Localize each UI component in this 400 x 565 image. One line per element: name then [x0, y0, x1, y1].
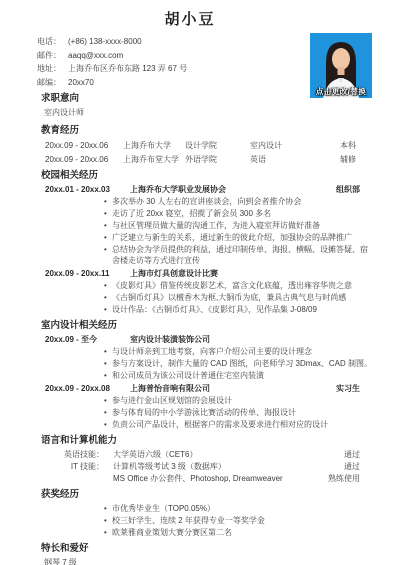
bullet-item: 与社区管理员做大量的沟通工作，为进入寝室拜访做好准备 — [104, 221, 372, 232]
bullet-item: 和公司成员为该公司设计普通住宅室内装潢 — [104, 371, 372, 382]
bullet-item: 总结协会为学员提供的利益，通过印制传单、海报、横幅、设摊答疑、宿舍楼走访等方式进… — [104, 245, 372, 266]
bullet-item: 设计作品：《古铜币灯具》、《皮影灯具》，见作品集 J-08/09 — [104, 305, 372, 316]
education-college: 设计学院 — [185, 139, 250, 153]
bullet-icon — [104, 528, 112, 539]
skill-label: 英语技能： — [40, 449, 104, 461]
entry-organization: 室内设计装潢装饰公司 — [130, 334, 210, 346]
bullet-item: 《皮影灯具》借鉴传统皮影艺术，富含文化底蕴，透出雍容华贵之意 — [104, 281, 372, 292]
education-degree: 辅修 — [340, 153, 360, 167]
section-title-campus: 校园相关经历 — [41, 170, 400, 182]
education-row: 20xx.09 - 20xx.06 上海乔布大学 设计学院 室内设计 本科 — [45, 139, 360, 153]
address-label: 地址： — [37, 62, 63, 76]
skill-label: IT 技能： — [40, 461, 104, 473]
bullet-icon — [104, 420, 112, 431]
skill-status: 熟练使用 — [328, 473, 360, 485]
bullet-icon — [104, 396, 112, 407]
skill-row: 英语技能： 大学英语六级（CET6） 通过 — [40, 449, 360, 461]
interior-entry-header: 20xx.09 - 至今 室内设计装潢装饰公司 — [45, 334, 360, 346]
education-school: 上海乔布大学 — [123, 139, 185, 153]
section-title-education: 教育经历 — [41, 125, 400, 137]
candidate-name: 胡小豆 — [0, 0, 380, 28]
skill-row: MS Office 办公套件、Photoshop, Dreamweaver 熟练… — [40, 473, 360, 485]
campus-entry-header: 20xx.09 - 20xx.11 上海市灯具创意设计比赛 — [45, 268, 360, 280]
entry-role: 实习生 — [336, 383, 360, 395]
address-value: 上海乔布区乔布东路 123 弄 67 号 — [68, 62, 187, 76]
section-title-skills: 语言和计算机能力 — [41, 435, 400, 447]
education-major: 室内设计 — [250, 139, 340, 153]
bullet-icon — [104, 281, 112, 292]
bullet-item: 参与方案设计，制作大量的 CAD 图纸，向老师学习 3Dmax、CAD 制图。 — [104, 359, 372, 370]
bullet-icon — [104, 347, 112, 358]
bullet-icon — [104, 197, 112, 208]
entry-organization: 上海乔布大学职业发展协会 — [130, 184, 226, 196]
zipcode-value: 20xx70 — [68, 76, 94, 90]
education-table: 20xx.09 - 20xx.06 上海乔布大学 设计学院 室内设计 本科 20… — [45, 139, 360, 166]
bullet-item: 广泛建立与新生的关系，通过新生的彼此介绍，加强协会的品牌推广 — [104, 233, 372, 244]
bullet-item: 负责公司产品设计，根据客户的需求及要求进行相对应的设计 — [104, 420, 372, 431]
skill-label — [40, 473, 104, 485]
entry-organization: 上海市灯具创意设计比赛 — [130, 268, 218, 280]
skill-row: IT 技能： 计算机等级考试 3 级（数据库） 通过 — [40, 461, 360, 473]
skill-value: 计算机等级考试 3 级（数据库） — [113, 461, 226, 473]
bullet-icon — [104, 408, 112, 419]
objective-value: 室内设计师 — [44, 107, 400, 118]
email-value: aaqq@xxx.com — [68, 49, 123, 63]
campus-entry-header: 20xx.01 - 20xx.03 上海乔布大学职业发展协会 组织部 — [45, 184, 360, 196]
bullet-icon — [104, 209, 112, 220]
interior-entry-bullets: 参与进行金山区规划馆的会展设计 参与体育局的中小学游泳比赛活动的传单、海报设计 … — [104, 396, 372, 431]
bullet-item: 走访了近 20xx 寝室，招揽了新会员 300 多名 — [104, 209, 372, 220]
education-school: 上海乔布堂大学 — [123, 153, 185, 167]
education-date: 20xx.09 - 20xx.06 — [45, 139, 123, 153]
bullet-icon — [104, 516, 112, 527]
profile-photo[interactable]: 点击更改/替换 — [310, 33, 372, 98]
entry-role: 组织部 — [336, 184, 360, 196]
section-title-interior: 室内设计相关经历 — [41, 320, 400, 332]
bullet-item: 多次举办 30 人左右的宣讲座谈会，向到会者推介协会 — [104, 197, 372, 208]
entry-date: 20xx.09 - 20xx.11 — [45, 268, 130, 280]
education-college: 外语学院 — [185, 153, 250, 167]
skills-table: 英语技能： 大学英语六级（CET6） 通过 IT 技能： 计算机等级考试 3 级… — [40, 449, 360, 486]
campus-entry-bullets: 《皮影灯具》借鉴传统皮影艺术，富含文化底蕴，透出雍容华贵之意 《古铜币灯具》以檀… — [104, 281, 372, 316]
education-row: 20xx.09 - 20xx.06 上海乔布堂大学 外语学院 英语 辅修 — [45, 153, 360, 167]
education-degree: 本科 — [340, 139, 360, 153]
phone-label: 电话： — [37, 35, 63, 49]
bullet-item: 《古铜币灯具》以檀香木为框,大铜币为底，兼具古典气息与时尚感 — [104, 293, 372, 304]
bullet-icon — [104, 221, 112, 232]
phone-value: (+86) 138-xxxx-8000 — [68, 35, 142, 49]
section-title-awards: 获奖经历 — [41, 489, 400, 501]
bullet-icon — [104, 305, 112, 316]
photo-overlay-text: 点击更改/替换 — [310, 86, 372, 97]
bullet-icon — [104, 293, 112, 304]
resume-page: 胡小豆 电话： (+86) 138-xxxx-8000 邮件： aaqq@xxx… — [0, 0, 400, 565]
entry-date: 20xx.09 - 20xx.08 — [45, 383, 130, 395]
campus-entry-bullets: 多次举办 30 人左右的宣讲座谈会，向到会者推介协会 走访了近 20xx 寝室，… — [104, 197, 372, 266]
entry-date: 20xx.01 - 20xx.03 — [45, 184, 130, 196]
bullet-item: 参与体育局的中小学游泳比赛活动的传单、海报设计 — [104, 408, 372, 419]
zipcode-label: 邮编： — [37, 76, 63, 90]
bullet-item: 参与进行金山区规划馆的会展设计 — [104, 396, 372, 407]
skill-status: 通过 — [344, 449, 360, 461]
skill-status: 通过 — [344, 461, 360, 473]
skill-value: 大学英语六级（CET6） — [113, 449, 197, 461]
interior-entry-header: 20xx.09 - 20xx.08 上海普怡音响有限公司 实习生 — [45, 383, 360, 395]
bullet-item: 校三好学生、连续 2 年获得专业一等奖学金 — [104, 516, 372, 527]
email-label: 邮件： — [37, 49, 63, 63]
interior-entry-bullets: 与设计师亲到工地考察，向客户介绍公司主要的设计理念 参与方案设计，制作大量的 C… — [104, 347, 372, 382]
education-date: 20xx.09 - 20xx.06 — [45, 153, 123, 167]
awards-bullets: 市优秀毕业生（TOP0.05%） 校三好学生、连续 2 年获得专业一等奖学金 欧… — [104, 504, 372, 539]
bullet-item: 欧莱雅商业策划大赛分赛区第二名 — [104, 528, 372, 539]
hobbies-value: 钢琴 7 级 — [44, 557, 400, 565]
entry-date: 20xx.09 - 至今 — [45, 334, 130, 346]
bullet-icon — [104, 371, 112, 382]
bullet-icon — [104, 233, 112, 244]
section-title-hobbies: 特长和爱好 — [41, 543, 400, 555]
bullet-icon — [104, 504, 112, 515]
entry-organization: 上海普怡音响有限公司 — [130, 383, 210, 395]
bullet-item: 与设计师亲到工地考察，向客户介绍公司主要的设计理念 — [104, 347, 372, 358]
bullet-item: 市优秀毕业生（TOP0.05%） — [104, 504, 372, 515]
education-major: 英语 — [250, 153, 340, 167]
skill-value: MS Office 办公套件、Photoshop, Dreamweaver — [113, 473, 283, 485]
bullet-icon — [104, 245, 112, 266]
bullet-icon — [104, 359, 112, 370]
